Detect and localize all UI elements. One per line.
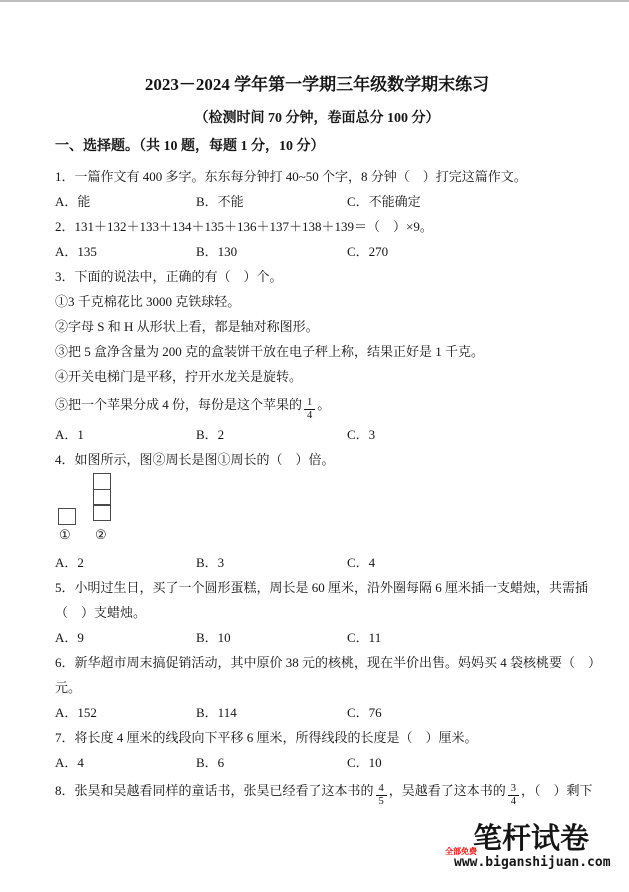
fraction-denominator: 5 [376,796,387,808]
option-a: A．135 [55,239,196,264]
question-3-statement-5: ⑤把一个苹果分成 4 份，每份是这个苹果的14。 [55,389,579,422]
question-6-text-line-1: 6．新华超市周末搞促销活动，其中原价 38 元的核桃，现在半价出售。妈妈买 4 … [55,650,579,675]
question-4-figure: ① ② [55,472,579,550]
option-b: B．6 [196,750,347,775]
question-3-statement-4: ④开关电梯门是平移，拧开水龙关是旋转。 [55,364,579,389]
fraction-four-fifths: 45 [376,783,387,808]
question-3-options: A．1 B．2 C．3 [55,422,579,447]
text-run: 8．张昊和吴越看同样的童话书，张昊已经看了这本书的 [55,783,374,798]
fraction-denominator: 4 [304,410,315,422]
question-5-text-line-1: 5．小明过生日，买了一个圆形蛋糕，周长是 60 厘米，沿外圈每隔 6 厘米插一支… [55,575,579,600]
fraction-numerator: 1 [304,397,315,410]
fraction-denominator: 4 [508,796,519,808]
question-2: 2．131＋132＋133＋134＋135＋136＋137＋138＋139＝（ … [55,214,579,264]
option-a: A．4 [55,750,196,775]
question-4-options: A．2 B．3 C．4 [55,550,579,575]
text-run: ⑤把一个苹果分成 4 份，每份是这个苹果的 [55,397,302,412]
option-a: A．152 [55,700,196,725]
question-8-text: 8．张昊和吴越看同样的童话书，张昊已经看了这本书的45，吴越看了这本书的34，（… [55,775,579,808]
watermark-brand: 笔杆试卷 [473,816,589,857]
option-c: C．10 [347,750,579,775]
option-c: C．3 [347,422,579,447]
text-run: ，吴越看了这本书的 [389,783,506,798]
question-6-options: A．152 B．114 C．76 [55,700,579,725]
question-6-text-line-2: 元。 [55,675,579,700]
question-5: 5．小明过生日，买了一个圆形蛋糕，周长是 60 厘米，沿外圈每隔 6 厘米插一支… [55,575,579,650]
option-b: B．不能 [196,189,347,214]
option-c: C．11 [347,625,579,650]
question-2-text: 2．131＋132＋133＋134＋135＋136＋137＋138＋139＝（ … [55,214,579,239]
option-c: C．不能确定 [347,189,579,214]
watermark-url: www.biganshijuan.com [454,855,611,870]
question-5-options: A．9 B．10 C．11 [55,625,579,650]
question-1-text: 1．一篇作文有 400 多字。东东每分钟打 40~50 个字，8 分钟（ ）打完… [55,164,579,189]
fraction-numerator: 3 [508,783,519,796]
text-run: ，（ ）剩下 [521,783,593,798]
option-b: B．114 [196,700,347,725]
page-top-edge [0,0,629,2]
page-title: 2023－2024 学年第一学期三年级数学期末练习 [55,74,579,96]
figure-square-cell [93,489,111,506]
question-8: 8．张昊和吴越看同样的童话书，张昊已经看了这本书的45，吴越看了这本书的34，（… [55,775,579,808]
option-b: B．3 [196,550,347,575]
option-b: B．2 [196,422,347,447]
option-b: B．10 [196,625,347,650]
exam-page: 2023－2024 学年第一学期三年级数学期末练习 （检测时间 70 分钟，卷面… [0,0,629,892]
question-7-options: A．4 B．6 C．10 [55,750,579,775]
figure-label-2: ② [95,527,107,543]
option-a: A．能 [55,189,196,214]
option-a: A．2 [55,550,196,575]
figure-square-column-2 [93,473,111,521]
fraction-one-quarter: 14 [304,397,315,422]
option-b: B．130 [196,239,347,264]
exam-content: 2023－2024 学年第一学期三年级数学期末练习 （检测时间 70 分钟，卷面… [55,74,579,808]
question-2-options: A．135 B．130 C．270 [55,239,579,264]
fraction-numerator: 4 [376,783,387,796]
option-c: C．270 [347,239,579,264]
question-1-options: A．能 B．不能 C．不能确定 [55,189,579,214]
question-3-text: 3．下面的说法中，正确的有（ ）个。 [55,264,579,289]
question-7-text: 7．将长度 4 厘米的线段向下平移 6 厘米，所得线段的长度是（ ）厘米。 [55,725,579,750]
figure-square-cell [93,473,111,490]
figure-label-1: ① [59,527,71,543]
question-3: 3．下面的说法中，正确的有（ ）个。 ①3 千克棉花比 3000 克铁球轻。 ②… [55,264,579,447]
question-3-statement-1: ①3 千克棉花比 3000 克铁球轻。 [55,289,579,314]
text-run: 。 [317,397,330,412]
option-c: C．4 [347,550,579,575]
question-7: 7．将长度 4 厘米的线段向下平移 6 厘米，所得线段的长度是（ ）厘米。 A．… [55,725,579,775]
fraction-three-quarters: 34 [508,783,519,808]
question-3-statement-2: ②字母 S 和 H 从形状上看，都是轴对称图形。 [55,314,579,339]
question-1: 1．一篇作文有 400 多字。东东每分钟打 40~50 个字，8 分钟（ ）打完… [55,164,579,214]
section-heading-choice-questions: 一、选择题。（共 10 题，每题 1 分，10 分） [55,138,579,156]
question-4: 4．如图所示，图②周长是图①周长的（ ）倍。 ① ② A．2 B．3 C．4 [55,447,579,575]
exam-time-score-info: （检测时间 70 分钟，卷面总分 100 分） [55,110,579,128]
question-4-text: 4．如图所示，图②周长是图①周长的（ ）倍。 [55,447,579,472]
option-a: A．1 [55,422,196,447]
question-3-statement-3: ③把 5 盒净含量为 200 克的盒装饼干放在电子秤上称，结果正好是 1 千克。 [55,339,579,364]
option-a: A．9 [55,625,196,650]
option-c: C．76 [347,700,579,725]
question-6: 6．新华超市周末搞促销活动，其中原价 38 元的核桃，现在半价出售。妈妈买 4 … [55,650,579,725]
figure-square-1 [58,508,76,525]
question-5-text-line-2: （ ）支蜡烛。 [55,600,579,625]
figure-square-cell [93,504,111,521]
